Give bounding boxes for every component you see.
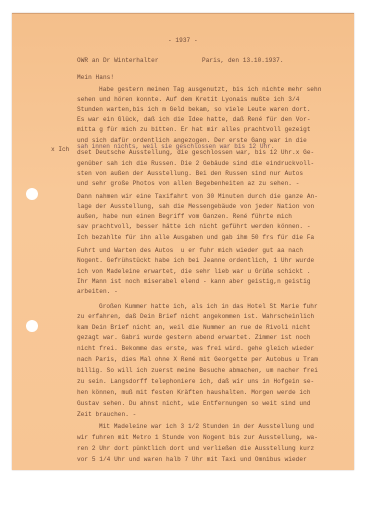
punch-hole-bottom [26,320,38,332]
body-line: ren 2 Uhr dort pünktlich dort und verlie… [77,445,314,453]
body-line: Zeit brauchen. - [77,411,136,419]
body-line: Mit Madeleine war ich 3 1/2 Stunden in d… [99,423,314,431]
body-line: und sehr große Photos von allen Begebenh… [77,180,299,188]
body-line: zu sein. Langsdorff telephoniere ich, da… [77,378,314,386]
body-line: billig. So will ich zuerst meine Besuche… [77,367,318,375]
body-line: Habe gestern meinen Tag ausgenutzt, bis … [99,86,321,94]
body-line: Großen Kummer hatte ich, als ich in das … [99,303,318,311]
body-line: wir fuhren mit Metro 1 Stunde von Nogent… [77,434,318,442]
body-line: gezagt war. Gabri wurde gestern abend er… [77,334,311,342]
body-line: hen können, muß mit festen Kräften haush… [77,389,311,397]
body-line: vor 5 1/4 Uhr und waren halb 7 Uhr mit T… [77,456,307,464]
body-line: dset Deutsche Ausstellung, die geschloss… [77,149,314,157]
body-line: Gustav sehen. Du ahnst nicht, wie Entfer… [77,400,311,408]
sender-recipient: OWR an Dr Winterhalter [77,57,159,65]
margin-note: x Ich [51,146,69,153]
body-line: sten von außen der Ausstellung. Bei den … [77,170,303,178]
body-line: Es war ein Glück, daß ich die Idee hatte… [77,116,311,124]
body-line: genüber sah ich die Russen. Die 2 Gebäud… [77,160,314,168]
body-line: Nogent. Gefrühstückt habe ich bei Jeanne… [77,257,314,265]
body-line: lage der Ausstellung, sah die Messengebä… [77,203,314,211]
header-year: - 1937 - [168,37,198,45]
body-line: zu erfahren, daß Dein Brief nicht angeko… [77,313,314,321]
body-line: Ihr Mann ist noch miserabel elend - kann… [77,278,311,286]
body-line: ich von Madeleine erwartet, die sehr lie… [77,268,311,276]
punch-hole-top [26,188,38,200]
salutation: Mein Hans! [77,74,114,82]
body-line: außen, habe nun einen Begriff vom Ganzen… [77,213,292,221]
body-line: Ich bezahlte für ihn alle Ausgaben und g… [77,234,314,242]
body-line: Fuhrt und Warten des Autos u er fuhr mic… [77,247,303,255]
body-line: sav prachtvoll, besser hätte ich nicht g… [77,223,311,231]
body-line: sehen und hören konnte. Auf dem Kretit L… [77,96,299,104]
body-line: mitta g für mich zu bitten. Er hat mir a… [77,126,311,134]
body-line: kam Dein Brief nicht an, weil die Nummer… [77,324,311,332]
body-line: arbeiten. - [77,288,118,296]
body-line: Stunden warten,bis ich m Geld bekam, so … [77,106,311,114]
body-line: nicht frei. Bekomme das erste, was frei … [77,345,314,353]
body-line: Dann nahmen wir eine Taxifahrt von 30 Mi… [77,193,318,201]
body-line: nach Paris, dies Mal ohne X René mit Geo… [77,356,318,364]
place-date: Paris, den 13.10.1937. [202,57,284,65]
